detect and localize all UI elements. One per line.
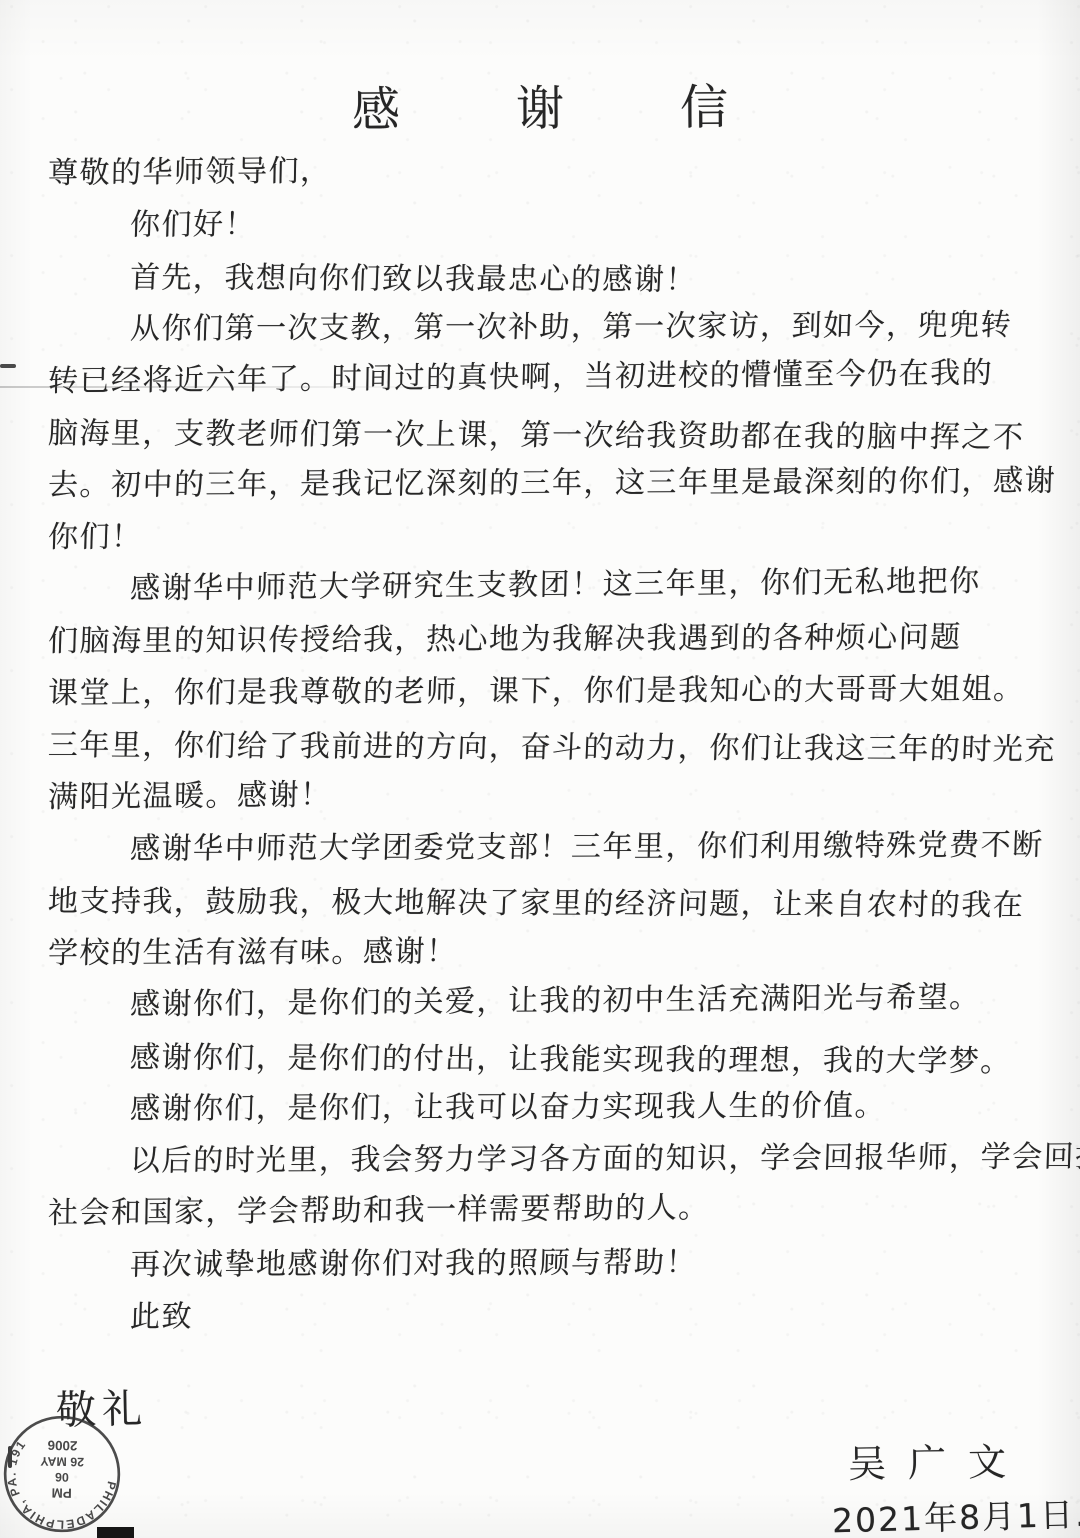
letter-line: 你们好！ xyxy=(47,196,1051,252)
letter-body: 尊敬的华师领导们，你们好！首先，我想向你们致以我最忠心的感谢！从你们第一次支教，… xyxy=(48,148,1050,1344)
stamp-line-year: 2006 xyxy=(47,1438,77,1454)
letter-line: 感谢华中师范大学团委党支部！三年里，你们利用缴特殊党费不断 xyxy=(47,820,1051,876)
letter-line: 再次诚挚地感谢你们对我的照顾与帮助！ xyxy=(47,1236,1051,1292)
letter-page: 感 谢 信 尊敬的华师领导们，你们好！首先，我想向你们致以我最忠心的感谢！从你们… xyxy=(0,0,1080,1538)
letter-line: 你们！ xyxy=(47,508,1051,564)
letter-date: 2021年8月1日. xyxy=(831,1489,1080,1538)
letter-line: 学校的生活有滋有味。感谢！ xyxy=(47,924,1051,980)
letter-line: 转已经将近六年了。时间过的真快啊，当初进校的懵懂至今仍在我的 xyxy=(48,347,1051,408)
letter-line: 尊敬的华师领导们， xyxy=(48,139,1051,200)
scan-artifact-left xyxy=(0,364,16,368)
letter-line: 此致 xyxy=(47,1288,1051,1344)
letter-line: 感谢你们，是你们的关爱，让我的初中生活充满阳光与希望。 xyxy=(48,971,1051,1032)
stamp-line-hour: 06 xyxy=(55,1470,69,1484)
letter-line: 社会和国家，学会帮助和我一样需要帮助的人。 xyxy=(48,1179,1051,1240)
letter-title: 感 谢 信 xyxy=(0,66,1080,143)
letter-line: 以后的时光里，我会努力学习各方面的知识，学会回报华师，学会回报 xyxy=(47,1132,1051,1188)
stamp-line-day-month: 26 MAY xyxy=(40,1454,85,1469)
letter-line: 课堂上，你们是我尊敬的老师，课下，你们是我知心的大哥哥大姐姐。 xyxy=(47,664,1051,720)
scan-artifact-tick xyxy=(8,1446,12,1468)
letter-line: 去。初中的三年，是我记忆深刻的三年，这三年里是最深刻的你们，感谢 xyxy=(47,456,1051,512)
letter-line: 感谢你们，是你们，让我可以奋力实现我人生的价值。 xyxy=(47,1080,1051,1136)
signature: 吴广文 xyxy=(848,1431,1029,1489)
stamp-line-pm: PM xyxy=(51,1485,71,1500)
letter-line: 感谢华中师范大学研究生支教团！这三年里，你们无私地把你 xyxy=(48,555,1051,616)
paper-crease xyxy=(0,386,560,388)
postmark-stamp: PHILADELPHIA, PA. 191 PM 06 26 MAY 2006 xyxy=(0,1411,125,1537)
scan-artifact-bottom xyxy=(97,1527,134,1538)
letter-line: 从你们第一次支教，第一次补助，第一次家访，到如今，兜兜转 xyxy=(47,300,1051,356)
letter-line: 满阳光温暖。感谢！ xyxy=(48,763,1051,824)
letter-line: 们脑海里的知识传授给我，热心地为我解决我遇到的各种烦心问题 xyxy=(47,612,1051,668)
